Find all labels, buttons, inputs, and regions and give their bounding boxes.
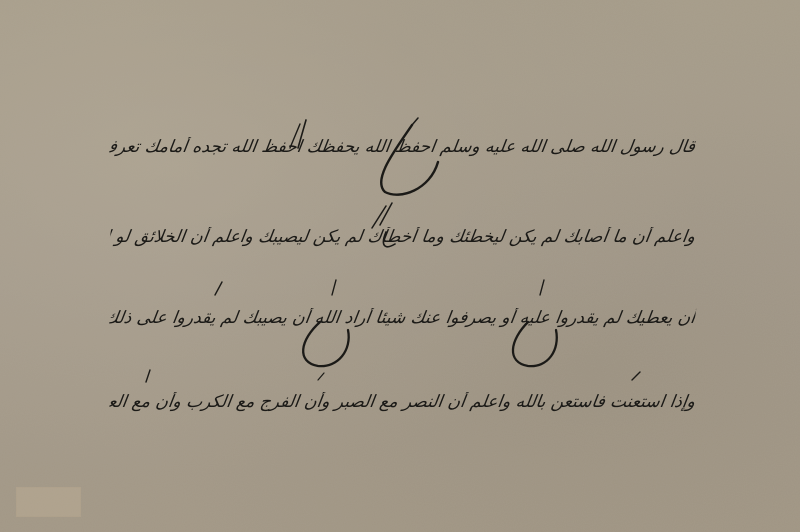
- calligraphy-line-4: وإذا استعنت فاستعن بالله واعلم أن النصر …: [109, 392, 697, 412]
- calligraphy-line-1: قال رسول الله صلى الله عليه وسلم احفظ ال…: [109, 137, 697, 157]
- calligraphy-panel: قال رسول الله صلى الله عليه وسلم احفظ ال…: [0, 0, 800, 532]
- calligraphy-line-2: واعلم أن ما أصابك لم يكن ليخطئك وما أخطأ…: [109, 227, 697, 247]
- calligraphy-line-3: أن يعطيك لم يقدروا عليه أو يصرفوا عنك شي…: [109, 308, 697, 328]
- paper-patch: [16, 487, 81, 517]
- paper-texture: [0, 0, 800, 532]
